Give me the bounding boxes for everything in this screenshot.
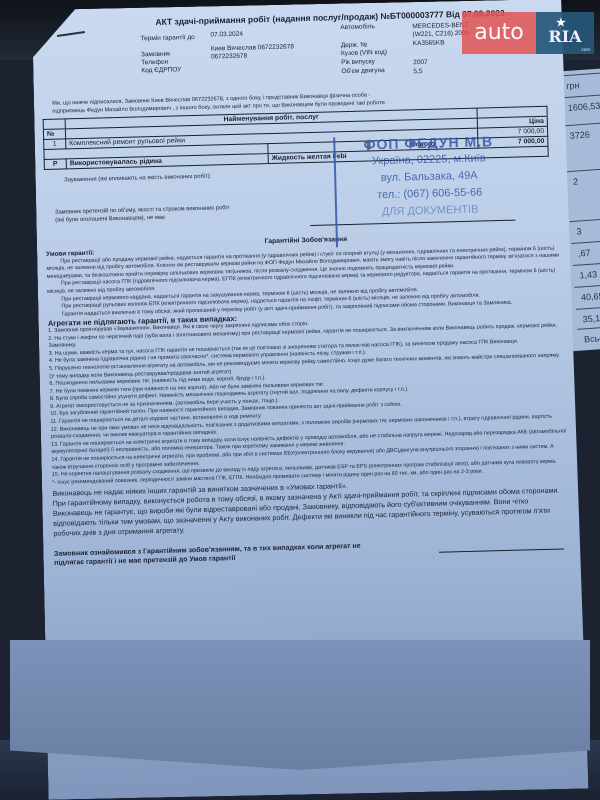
- warranty-conditions: Умови гарантії: При реставрації або прод…: [46, 237, 572, 487]
- year-value: 2007: [413, 59, 428, 66]
- engine-value: 5,5: [413, 68, 422, 75]
- back-sheet-value: 35,15: [576, 305, 600, 329]
- back-sheet-value: 3726: [563, 122, 600, 146]
- stamp-footer: ДЛЯ ДОКУМЕНТІВ: [335, 200, 525, 222]
- back-sheet-value: 1,43: [573, 261, 600, 285]
- autoria-watermark: auto ★ RIA .com: [462, 12, 596, 54]
- watermark-ria: ★ RIA .com: [536, 12, 594, 54]
- document: АКТ здачі-приймання робіт (надання послу…: [40, 6, 574, 568]
- back-sheet-value: 1606,53: [561, 94, 600, 118]
- back-sheet-value: 2: [566, 168, 600, 192]
- works-header-no: №: [43, 129, 65, 140]
- edrpou-label: Код ЄДРПОУ: [141, 66, 181, 74]
- car-label: Автомобіль: [340, 23, 375, 31]
- engine-label: Об'єм двигуна: [341, 67, 384, 75]
- plate-value: KA3565KB: [413, 39, 445, 47]
- vin-label: Кузов (VIN код): [341, 49, 387, 57]
- phone-label: Телефон: [141, 59, 168, 67]
- back-sheet-header: грн: [560, 72, 600, 96]
- paper-blank-area: [10, 640, 590, 770]
- customer-value: Киев Вячеслав 0672232678: [211, 43, 294, 52]
- back-sheet-value: 40,65: [574, 283, 600, 307]
- star-icon: ★: [556, 0, 566, 48]
- warranty-label: Термін гарантії до: [140, 34, 194, 42]
- claims-line: Замовник претензій по об'єму, якості та …: [55, 205, 230, 216]
- row-no: 1: [44, 139, 66, 150]
- customer-label: Замовник: [141, 51, 170, 59]
- claims-line: (які були оголошені Виконавцем), не має: [55, 215, 165, 224]
- watermark-domain: .com: [580, 48, 590, 52]
- back-sheet-value: 3: [570, 217, 600, 241]
- watermark-auto: auto: [462, 12, 536, 54]
- warranty-value: 07.03.2024: [210, 31, 243, 39]
- back-sheet-value: ,67: [571, 239, 600, 263]
- customer-signature-line: [439, 549, 564, 553]
- plate-label: Держ. №: [341, 41, 368, 49]
- remarks-label: Зауваження (які впливають на якість вико…: [64, 174, 211, 184]
- fluid-code: P: [44, 159, 66, 170]
- company-stamp: ФОП ФЕДУН М.В Україна, 02225, м.Київ вул…: [333, 132, 526, 247]
- year-label: Рік випуску: [341, 58, 375, 66]
- phone-value: 0672232678: [211, 53, 247, 61]
- back-sheet-total: Всього: [577, 325, 600, 349]
